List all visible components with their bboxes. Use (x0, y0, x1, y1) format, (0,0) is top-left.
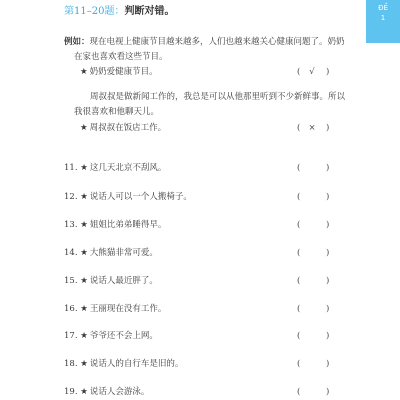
answer-blank-close: ) (326, 191, 329, 203)
instruction: 判断对错。 (124, 6, 174, 17)
tab-label: ĐỀ (366, 3, 400, 13)
paren-close: ) (326, 66, 329, 78)
answer-blank-close: ) (326, 303, 329, 315)
question-16: 16. ★王丽现在没有工作。 (64, 303, 166, 315)
star-icon: ★ (80, 359, 88, 369)
answer-blank-close: ) (326, 358, 329, 370)
example-passage-1-line-2: 在家也喜欢看这些节目。 (74, 51, 168, 63)
question-13: 13. ★姐姐比弟弟睡得早。 (64, 219, 166, 231)
example-answer-1: √ (304, 66, 320, 78)
paren-open: ( (297, 66, 300, 78)
answer-blank-open: ( (297, 358, 300, 370)
example-passage-2-line-1: 周叔叔是做新闻工作的，我总是可以从他那里听到不少新鲜事。所以 (90, 91, 345, 103)
answer-blank-open: ( (297, 247, 300, 259)
section-tab: ĐỀ 1 (366, 0, 400, 43)
answer-blank-open: ( (297, 303, 300, 315)
answer-blank-open: ( (297, 275, 300, 287)
star-icon: ★ (80, 123, 88, 133)
tab-number: 1 (366, 13, 400, 23)
question-18: 18. ★说话人的自行车是旧的。 (64, 358, 183, 370)
example-statement-2: ★周叔叔在饭店工作。 (80, 122, 166, 134)
star-icon: ★ (80, 276, 88, 286)
question-19: 19. ★说话人会游泳。 (64, 386, 149, 398)
answer-blank-open: ( (297, 330, 300, 342)
answer-blank-open: ( (297, 162, 300, 174)
star-icon: ★ (80, 248, 88, 258)
answer-blank-open: ( (297, 386, 300, 398)
star-icon: ★ (80, 220, 88, 230)
paren-close: ) (326, 122, 329, 134)
question-range: 第11–20题： (64, 6, 124, 17)
answer-blank-close: ) (326, 275, 329, 287)
section-heading: 第11–20题：判断对错。 (64, 5, 174, 19)
example-passage-2-line-2: 我很喜欢和他聊天儿。 (74, 106, 159, 118)
example-passage-1-line-1: 例如：现在电视上健康节目越来越多，人们也越来越关心健康问题了。奶奶 (64, 36, 345, 48)
question-15: 15. ★说话人最近胖了。 (64, 275, 158, 287)
example-label: 例如： (64, 37, 90, 47)
star-icon: ★ (80, 387, 88, 397)
example-statement-1: ★奶奶爱健康节目。 (80, 66, 158, 78)
question-14: 14. ★大熊猫非常可爱。 (64, 247, 158, 259)
answer-blank-close: ) (326, 386, 329, 398)
paren-open: ( (297, 122, 300, 134)
star-icon: ★ (80, 304, 88, 314)
answer-blank-close: ) (326, 247, 329, 259)
star-icon: ★ (80, 192, 88, 202)
star-icon: ★ (80, 163, 88, 173)
star-icon: ★ (80, 331, 88, 341)
answer-blank-open: ( (297, 219, 300, 231)
example-answer-2: × (304, 122, 320, 134)
question-17: 17. ★爷爷还不会上网。 (64, 330, 158, 342)
answer-blank-open: ( (297, 191, 300, 203)
answer-blank-close: ) (326, 219, 329, 231)
question-12: 12. ★说话人可以一个人搬椅子。 (64, 191, 192, 203)
star-icon: ★ (80, 67, 88, 77)
answer-blank-close: ) (326, 330, 329, 342)
question-11: 11. ★这几天北京不刮风。 (64, 162, 166, 174)
answer-blank-close: ) (326, 162, 329, 174)
